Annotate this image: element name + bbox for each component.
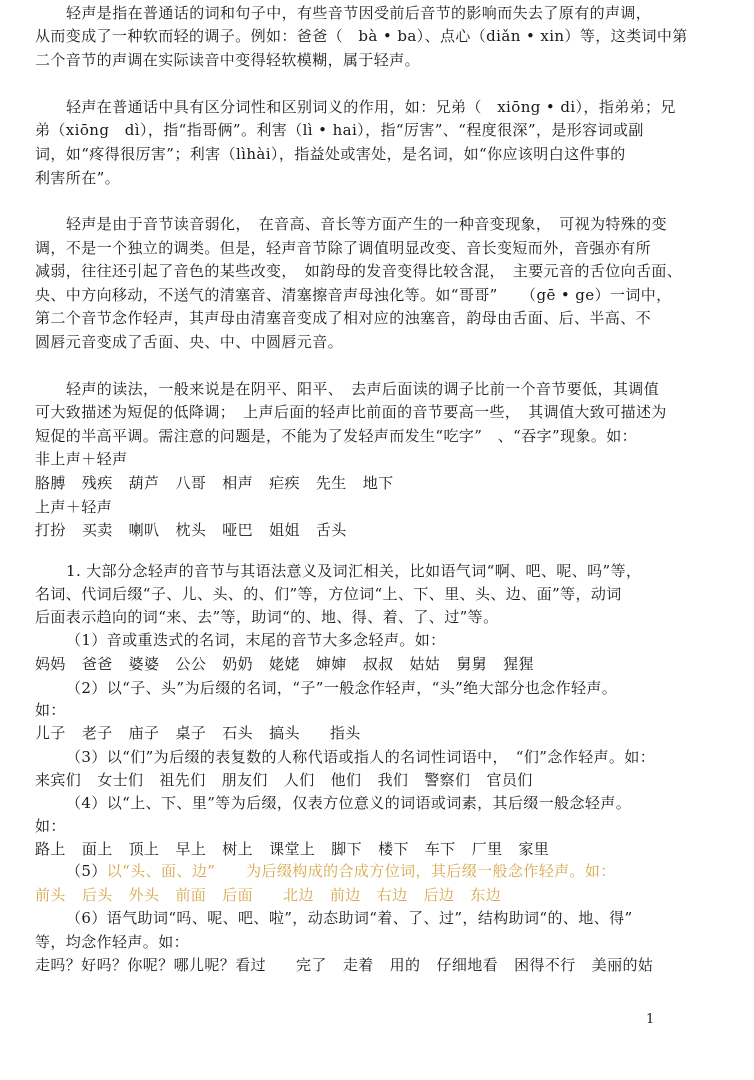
word: 课堂上: [269, 838, 315, 861]
word: 疟疾: [269, 472, 300, 495]
word: 后边: [424, 884, 455, 907]
word: 哑巴: [222, 519, 253, 542]
word: 他们: [331, 769, 362, 792]
rule-3-heading: （3）以“们”为后缀的表复数的人称代语或指人的名词性词语中， “们”念作轻声。如…: [66, 746, 655, 769]
paragraph-1-line-3: 二个音节的声调在实际读音中变得轻软模糊，属于轻声。: [35, 49, 420, 72]
word: 姑姑: [410, 653, 441, 676]
word: 右边: [377, 884, 408, 907]
word: 舅舅: [456, 653, 487, 676]
paragraph-5-line-1: 1. 大部分念轻声的音节与其语法意义及词汇相关，比如语气词“啊、吧、呢、吗”等，: [66, 560, 641, 583]
paragraph-3-line-3: 减弱，往往还引起了音色的某些改变， 如韵母的发音变得比较含混， 主要元音的舌位向…: [35, 260, 682, 283]
word: 公公: [175, 653, 206, 676]
word: 完了: [296, 954, 327, 977]
word: 婶婶: [316, 653, 347, 676]
rule-2-words: 儿子老子庙子桌子石头搞头指头: [35, 722, 377, 745]
paragraph-1-line-1: 轻声是指在普通话的词和句子中，有些音节因受前后音节的影响而失去了原有的声调，: [66, 2, 651, 25]
word: 朋友们: [222, 769, 268, 792]
tone-group-2-label: 上声＋轻声: [35, 496, 112, 519]
word: 指头: [330, 722, 361, 745]
rule-text: 以“们”为后缀的表复数的人称代语或指人的名词性词语中， “们”念作轻声。如：: [107, 748, 655, 766]
rule-number: （1）: [66, 631, 107, 649]
paragraph-3-line-2: 调，不是一个独立的调类。但是，轻声音节除了调值明显改变、音长变短而外，音强亦有所: [35, 237, 651, 260]
word: 地下: [363, 472, 394, 495]
page-number: 1: [646, 1011, 654, 1029]
paragraph-2-line-2: 弟（xiōng dì），指“指哥俩”。利害（lì • hai），指“厉害”、“程…: [35, 119, 644, 142]
word: 买卖: [82, 519, 113, 542]
word: 前头: [35, 884, 66, 907]
word: 祖先们: [159, 769, 205, 792]
word: 女士们: [97, 769, 143, 792]
word: 搞头: [269, 722, 300, 745]
word: 美丽的姑: [592, 954, 654, 977]
rule-2-heading: （2）以“子、头”为后缀的名词，“子”一般念作轻声，“头”绝大部分也念作轻声。: [66, 677, 617, 700]
word: 打扮: [35, 519, 66, 542]
rule-number: （3）: [66, 748, 107, 766]
paragraph-1-line-2: 从而变成了一种软而轻的调子。例如：爸爸（ bà • ba）、点心（diǎn • …: [35, 25, 688, 48]
paragraph-4-line-3: 短促的半高平调。需注意的问题是，不能为了发轻声而发生“吃字” 、“吞字”现象。如…: [35, 425, 637, 448]
paragraph-3-line-4: 央、中方向移动，不送气的清塞音、清塞擦音声母浊化等。如“哥哥” （gē • ge…: [35, 284, 672, 307]
word: 早上: [175, 838, 206, 861]
word: 楼下: [378, 838, 409, 861]
word: 后面: [222, 884, 253, 907]
word: 来宾们: [35, 769, 81, 792]
paragraph-3-line-5: 第二个音节念作轻声，其声母由清塞音变成了相对应的浊塞音，韵母由舌面、后、半高、不: [35, 307, 651, 330]
word: 姥姥: [269, 653, 300, 676]
rule-1-heading: （1）音或重迭式的名词，末尾的音节大多念轻声。如：: [66, 629, 446, 652]
paragraph-2-line-3: 词，如“疼得很厉害”；利害（lìhài），指益处或害处，是名词，如“你应该明白这…: [35, 143, 626, 166]
paragraph-5-line-3: 后面表示趋向的词“来、去”等，助词“的、地、得、着、了、过”等。: [35, 606, 498, 629]
rule-6-heading: （6）语气助词“吗、呢、吧、啦”，动态助词“着、了、过”，结构助词“的、地、得”: [66, 907, 633, 930]
rule-number: （4）: [66, 794, 107, 812]
paragraph-2-line-1: 轻声在普通话中具有区分词性和区别词义的作用，如：兄弟（ xiōng • di），…: [66, 96, 676, 119]
word: 婆婆: [129, 653, 160, 676]
rule-4-heading: （4）以“上、下、里”等为后缀，仅表方位意义的词语或词素，其后缀一般念轻声。: [66, 792, 631, 815]
word: 前边: [330, 884, 361, 907]
rule-1-words: 妈妈爸爸婆婆公公奶奶姥姥婶婶叔叔姑姑舅舅猩猩: [35, 653, 550, 676]
word: 妈妈: [35, 653, 66, 676]
word: 路上: [35, 838, 66, 861]
word: 树上: [222, 838, 253, 861]
word: 困得不行: [514, 954, 576, 977]
paragraph-5-line-2: 名词、代词后缀“子、儿、头、的、们”等，方位词“上、下、里、头、边、面”等，动词: [35, 583, 622, 606]
rule-number: （5）: [66, 862, 107, 880]
word: 叔叔: [363, 653, 394, 676]
word: 八哥: [175, 472, 206, 495]
rule-5-heading: （5）以“头、面、边” 为后缀构成的合成方位词，其后缀一般念作轻声。如：: [66, 860, 616, 883]
word: 厂里: [472, 838, 503, 861]
paragraph-2-line-4: 利害所在”。: [35, 167, 120, 190]
word: 家里: [519, 838, 550, 861]
word: 先生: [316, 472, 347, 495]
word: 奶奶: [222, 653, 253, 676]
tone-group-1-words: 胳膊残疾葫芦八哥相声疟疾先生地下: [35, 472, 410, 495]
word: 葫芦: [129, 472, 160, 495]
word: 胳膊: [35, 472, 66, 495]
word: 走着: [343, 954, 374, 977]
word: 猩猩: [503, 653, 534, 676]
word: 人们: [284, 769, 315, 792]
paragraph-4-line-1: 轻声的读法，一般来说是在阴平、阳平、 去声后面读的调子比前一个音节要低，其调值: [66, 378, 659, 401]
word: 儿子: [35, 722, 66, 745]
word: 枕头: [175, 519, 206, 542]
rule-text: 音或重迭式的名词，末尾的音节大多念轻声。如：: [107, 631, 446, 649]
rule-text-highlighted: 以“头、面、边” 为后缀构成的合成方位词，其后缀一般念作轻声。如：: [107, 862, 616, 880]
word: 前面: [175, 884, 206, 907]
rule-6-continuation: 等，均念作轻声。如：: [35, 931, 189, 954]
rule-4-words: 路上面上顶上早上树上课堂上脚下楼下车下厂里家里: [35, 838, 565, 861]
paragraph-3-line-1: 轻声是由于音节读音弱化， 在音高、音长等方面产生的一种音变现象， 可视为特殊的变: [66, 213, 667, 236]
word: 顶上: [129, 838, 160, 861]
word: 桌子: [175, 722, 206, 745]
rule-text: 以“子、头”为后缀的名词，“子”一般念作轻声，“头”绝大部分也念作轻声。: [107, 679, 617, 697]
word: 外头: [129, 884, 160, 907]
word: 车下: [425, 838, 456, 861]
word: 相声: [222, 472, 253, 495]
word: 走吗？好吗？你呢？哪儿呢？看过: [35, 954, 266, 977]
word: 舌头: [316, 519, 347, 542]
word: 警察们: [424, 769, 470, 792]
paragraph-4-line-2: 可大致描述为短促的低降调； 上声后面的轻声比前面的音节要高一些， 其调值大致可描…: [35, 401, 667, 424]
word: 庙子: [129, 722, 160, 745]
rule-5-words-highlighted: 前头后头外头前面后面北边前边右边后边东边: [35, 884, 517, 907]
word: 我们: [377, 769, 408, 792]
rule-text: 以“上、下、里”等为后缀，仅表方位意义的词语或词素，其后缀一般念轻声。: [107, 794, 631, 812]
rule-number: （2）: [66, 679, 107, 697]
paragraph-3-line-6: 圆唇元音变成了舌面、央、中、中圆唇元音。: [35, 331, 343, 354]
rule-number: （6）: [66, 909, 107, 927]
tone-group-1-label: 非上声＋轻声: [35, 448, 127, 471]
rule-text: 语气助词“吗、呢、吧、啦”，动态助词“着、了、过”，结构助词“的、地、得”: [107, 909, 633, 927]
rule-4-continuation: 如：: [35, 815, 66, 838]
word: 用的: [390, 954, 421, 977]
word: 北边: [283, 884, 314, 907]
tone-group-2-words: 打扮买卖喇叭枕头哑巴姐姐舌头: [35, 519, 363, 542]
rule-2-continuation: 如：: [35, 699, 66, 722]
rule-6-words: 走吗？好吗？你呢？哪儿呢？看过完了走着用的仔细地看困得不行美丽的姑: [35, 954, 669, 977]
word: 东边: [470, 884, 501, 907]
word: 石头: [222, 722, 253, 745]
word: 喇叭: [129, 519, 160, 542]
word: 脚下: [331, 838, 362, 861]
word: 残疾: [82, 472, 113, 495]
word: 官员们: [486, 769, 532, 792]
word: 爸爸: [82, 653, 113, 676]
word: 面上: [82, 838, 113, 861]
word: 老子: [82, 722, 113, 745]
rule-3-words: 来宾们女士们祖先们朋友们人们他们我们警察们官员们: [35, 769, 549, 792]
word: 仔细地看: [436, 954, 498, 977]
word: 姐姐: [269, 519, 300, 542]
word: 后头: [82, 884, 113, 907]
